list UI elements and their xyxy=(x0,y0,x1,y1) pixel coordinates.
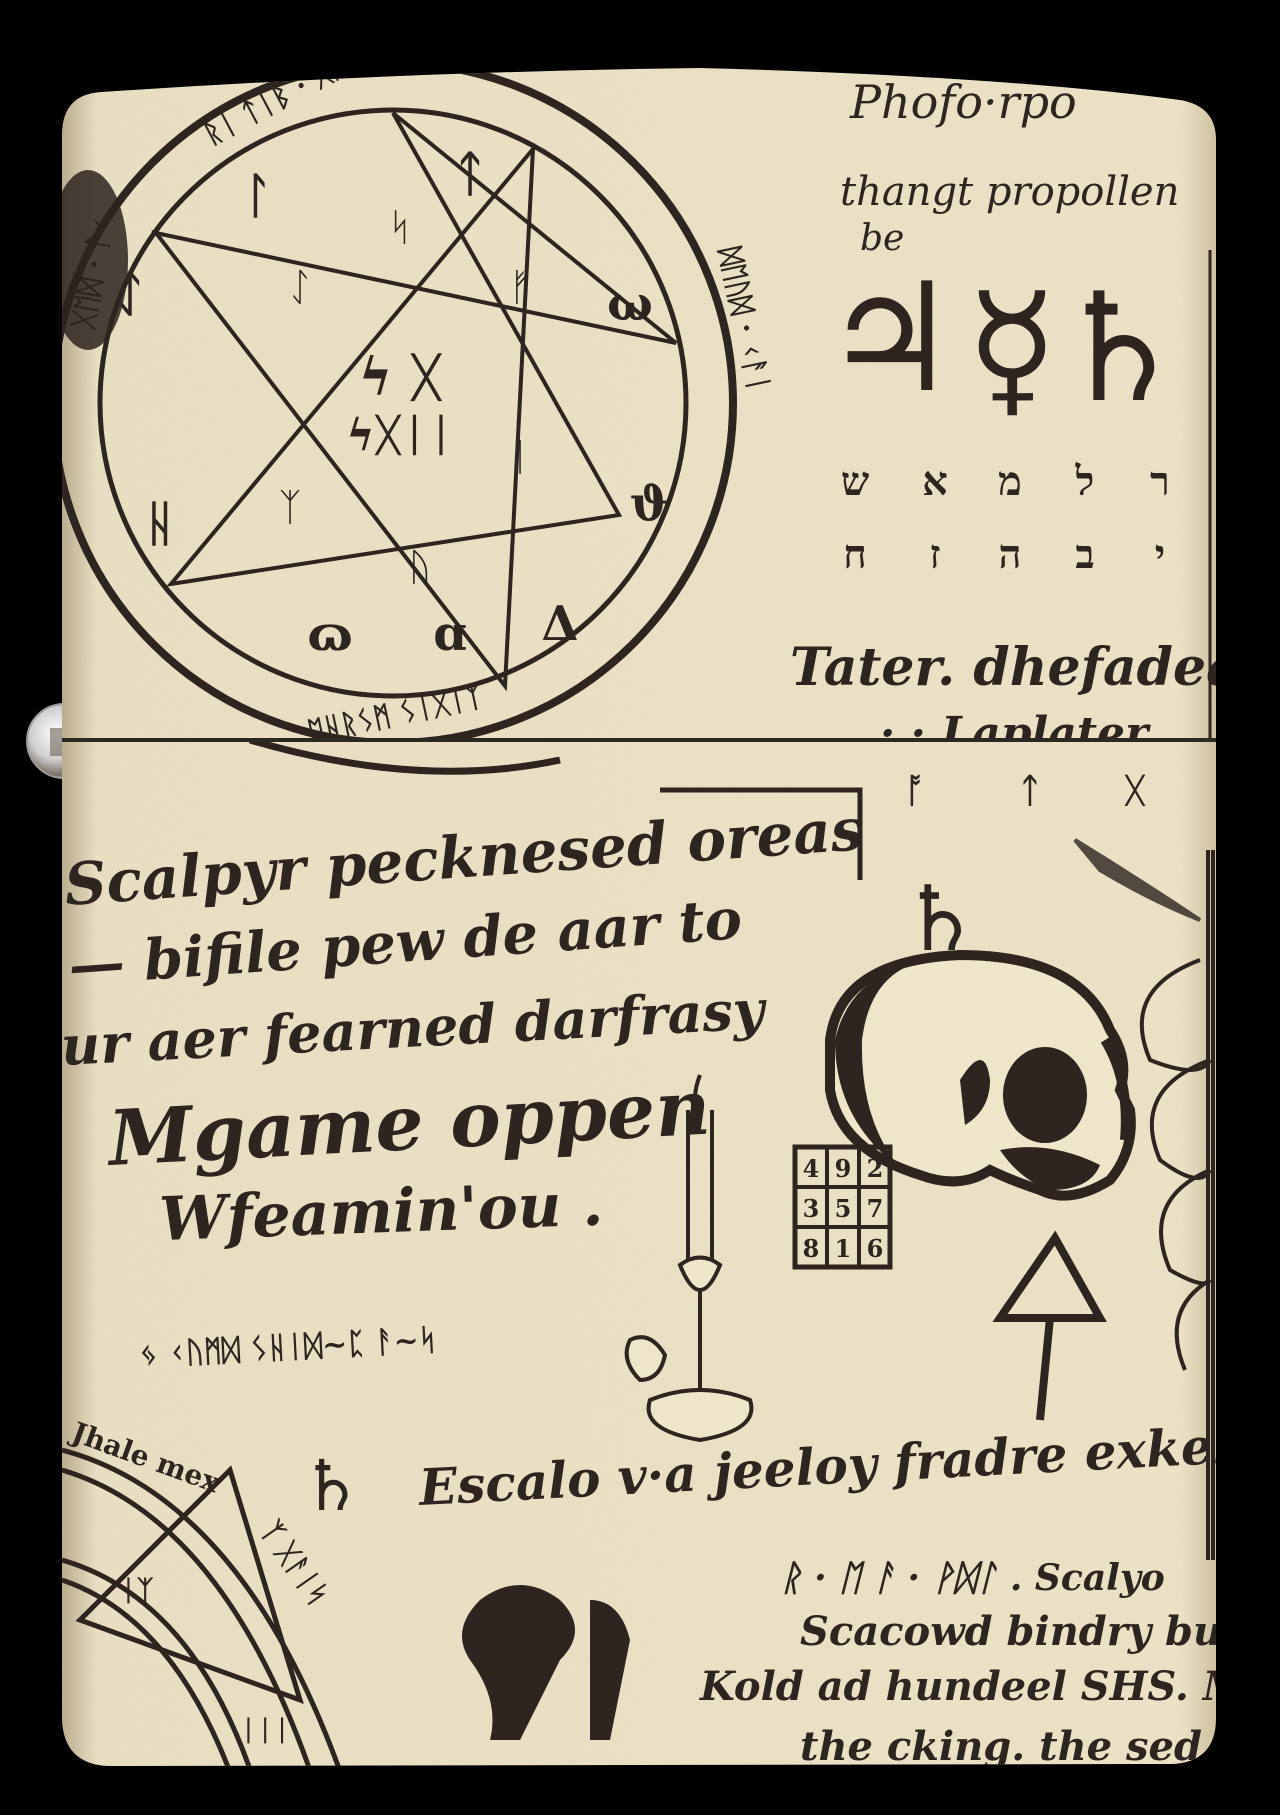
svg-text:2: 2 xyxy=(867,1154,884,1183)
svg-text:ᛏ: ᛏ xyxy=(1020,771,1040,811)
magic-square: 4 9 2 3 5 7 8 1 6 xyxy=(795,1147,890,1267)
svg-text:ה: ה xyxy=(998,531,1021,578)
svg-text:3: 3 xyxy=(803,1194,820,1223)
svg-text:מ: מ xyxy=(998,458,1022,505)
svg-text:ᛉ: ᛉ xyxy=(279,485,302,529)
svg-text:ᚠ: ᚠ xyxy=(509,265,532,309)
svg-text:Scacowd bindry bumen: Scacowd bindry bumen xyxy=(800,1608,1280,1655)
svg-text:ש: ש xyxy=(841,458,870,505)
svg-text:the cking. the sed ata: the cking. the sed ata xyxy=(800,1723,1280,1770)
svg-text:ᚢ: ᚢ xyxy=(409,545,432,589)
svg-text:ɑ: ɑ xyxy=(433,606,467,662)
svg-text:7: 7 xyxy=(867,1194,884,1223)
svg-text:ᛁᛉ: ᛁᛉ xyxy=(120,1574,154,1607)
svg-text:Δ: Δ xyxy=(541,596,578,652)
svg-text:ᛋ: ᛋ xyxy=(389,205,412,249)
svg-text:5: 5 xyxy=(835,1194,852,1223)
svg-text:8: 8 xyxy=(803,1234,820,1263)
svg-text:י: י xyxy=(1155,531,1166,578)
svg-text:Tater. dhefadea: Tater. dhefadea xyxy=(790,637,1240,698)
svg-text:ל: ל xyxy=(1075,458,1095,505)
svg-text:ω: ω xyxy=(607,276,653,332)
svg-text:ᛚ: ᛚ xyxy=(244,168,273,224)
svg-text:ᛁ: ᛁ xyxy=(509,435,532,479)
svg-text:ᚱ · ᛖ ᚨ · ᚹᛞᛚ . Scalyo: ᚱ · ᛖ ᚨ · ᚹᛞᛚ . Scalyo xyxy=(780,1557,1165,1599)
lighter-lid: ᛚ ᛏ ω ᛇ ϑ ɑ Δ ᚺ ɷ ᛇ ᛋ ᚠ ᛁ ᚢ ᛉ ϟ ᚷ ϟᚷᛁᛁ ᚱ… xyxy=(48,5,1240,759)
svg-text:1: 1 xyxy=(835,1234,852,1263)
svg-text:ח: ח xyxy=(843,531,867,578)
svg-text:4: 4 xyxy=(803,1154,820,1183)
svg-text:6: 6 xyxy=(867,1234,884,1263)
svg-text:ᛏ: ᛏ xyxy=(456,146,485,202)
product-photo: ᛚ ᛏ ω ᛇ ϑ ɑ Δ ᚺ ɷ ᛇ ᛋ ᚠ ᛁ ᚢ ᛉ ϟ ᚷ ϟᚷᛁᛁ ᚱ… xyxy=(0,0,1280,1815)
svg-text:thangt propollen: thangt propollen xyxy=(840,169,1179,215)
svg-text:א: א xyxy=(922,458,948,505)
svg-text:ᚷ: ᚷ xyxy=(1124,771,1146,811)
svg-text:ב: ב xyxy=(1075,531,1094,578)
svg-text:ϑ: ϑ xyxy=(630,476,671,532)
svg-text:Phofo·rpo: Phofo·rpo xyxy=(849,75,1077,129)
lighter-body: ᚩ ᛏ ᚷ Scalpyr pecknesed oreas — bifile p… xyxy=(59,740,1280,1800)
planet-symbols: ♃ ☿ ♄ xyxy=(823,252,1187,436)
svg-text:ϟ ᚷ: ϟ ᚷ xyxy=(358,347,442,408)
svg-text:ᚩ: ᚩ xyxy=(905,771,925,811)
svg-text:♃: ♃ xyxy=(823,252,957,426)
svg-text:9: 9 xyxy=(835,1154,852,1183)
seal-center-text: ϟ ᚷ ϟᚷᛁᛁ xyxy=(346,347,454,461)
svg-text:☿: ☿ xyxy=(966,262,1058,436)
svg-text:♄: ♄ xyxy=(300,1445,363,1527)
svg-text:Kold ad hundeel SHS. Mon: Kold ad hundeel SHS. Months xyxy=(699,1663,1280,1710)
svg-text:♄: ♄ xyxy=(1053,262,1187,436)
svg-text:ϟᚷᛁᛁ: ϟᚷᛁᛁ xyxy=(346,410,454,461)
svg-text:ɷ: ɷ xyxy=(307,606,352,662)
svg-text:ז: ז xyxy=(929,531,940,578)
svg-text:ᛇ: ᛇ xyxy=(289,265,312,309)
svg-text:ר: ר xyxy=(1150,458,1170,505)
svg-text:ᛁᛁᛁ: ᛁᛁᛁ xyxy=(240,1714,290,1747)
svg-text:ᚺ: ᚺ xyxy=(146,496,175,552)
